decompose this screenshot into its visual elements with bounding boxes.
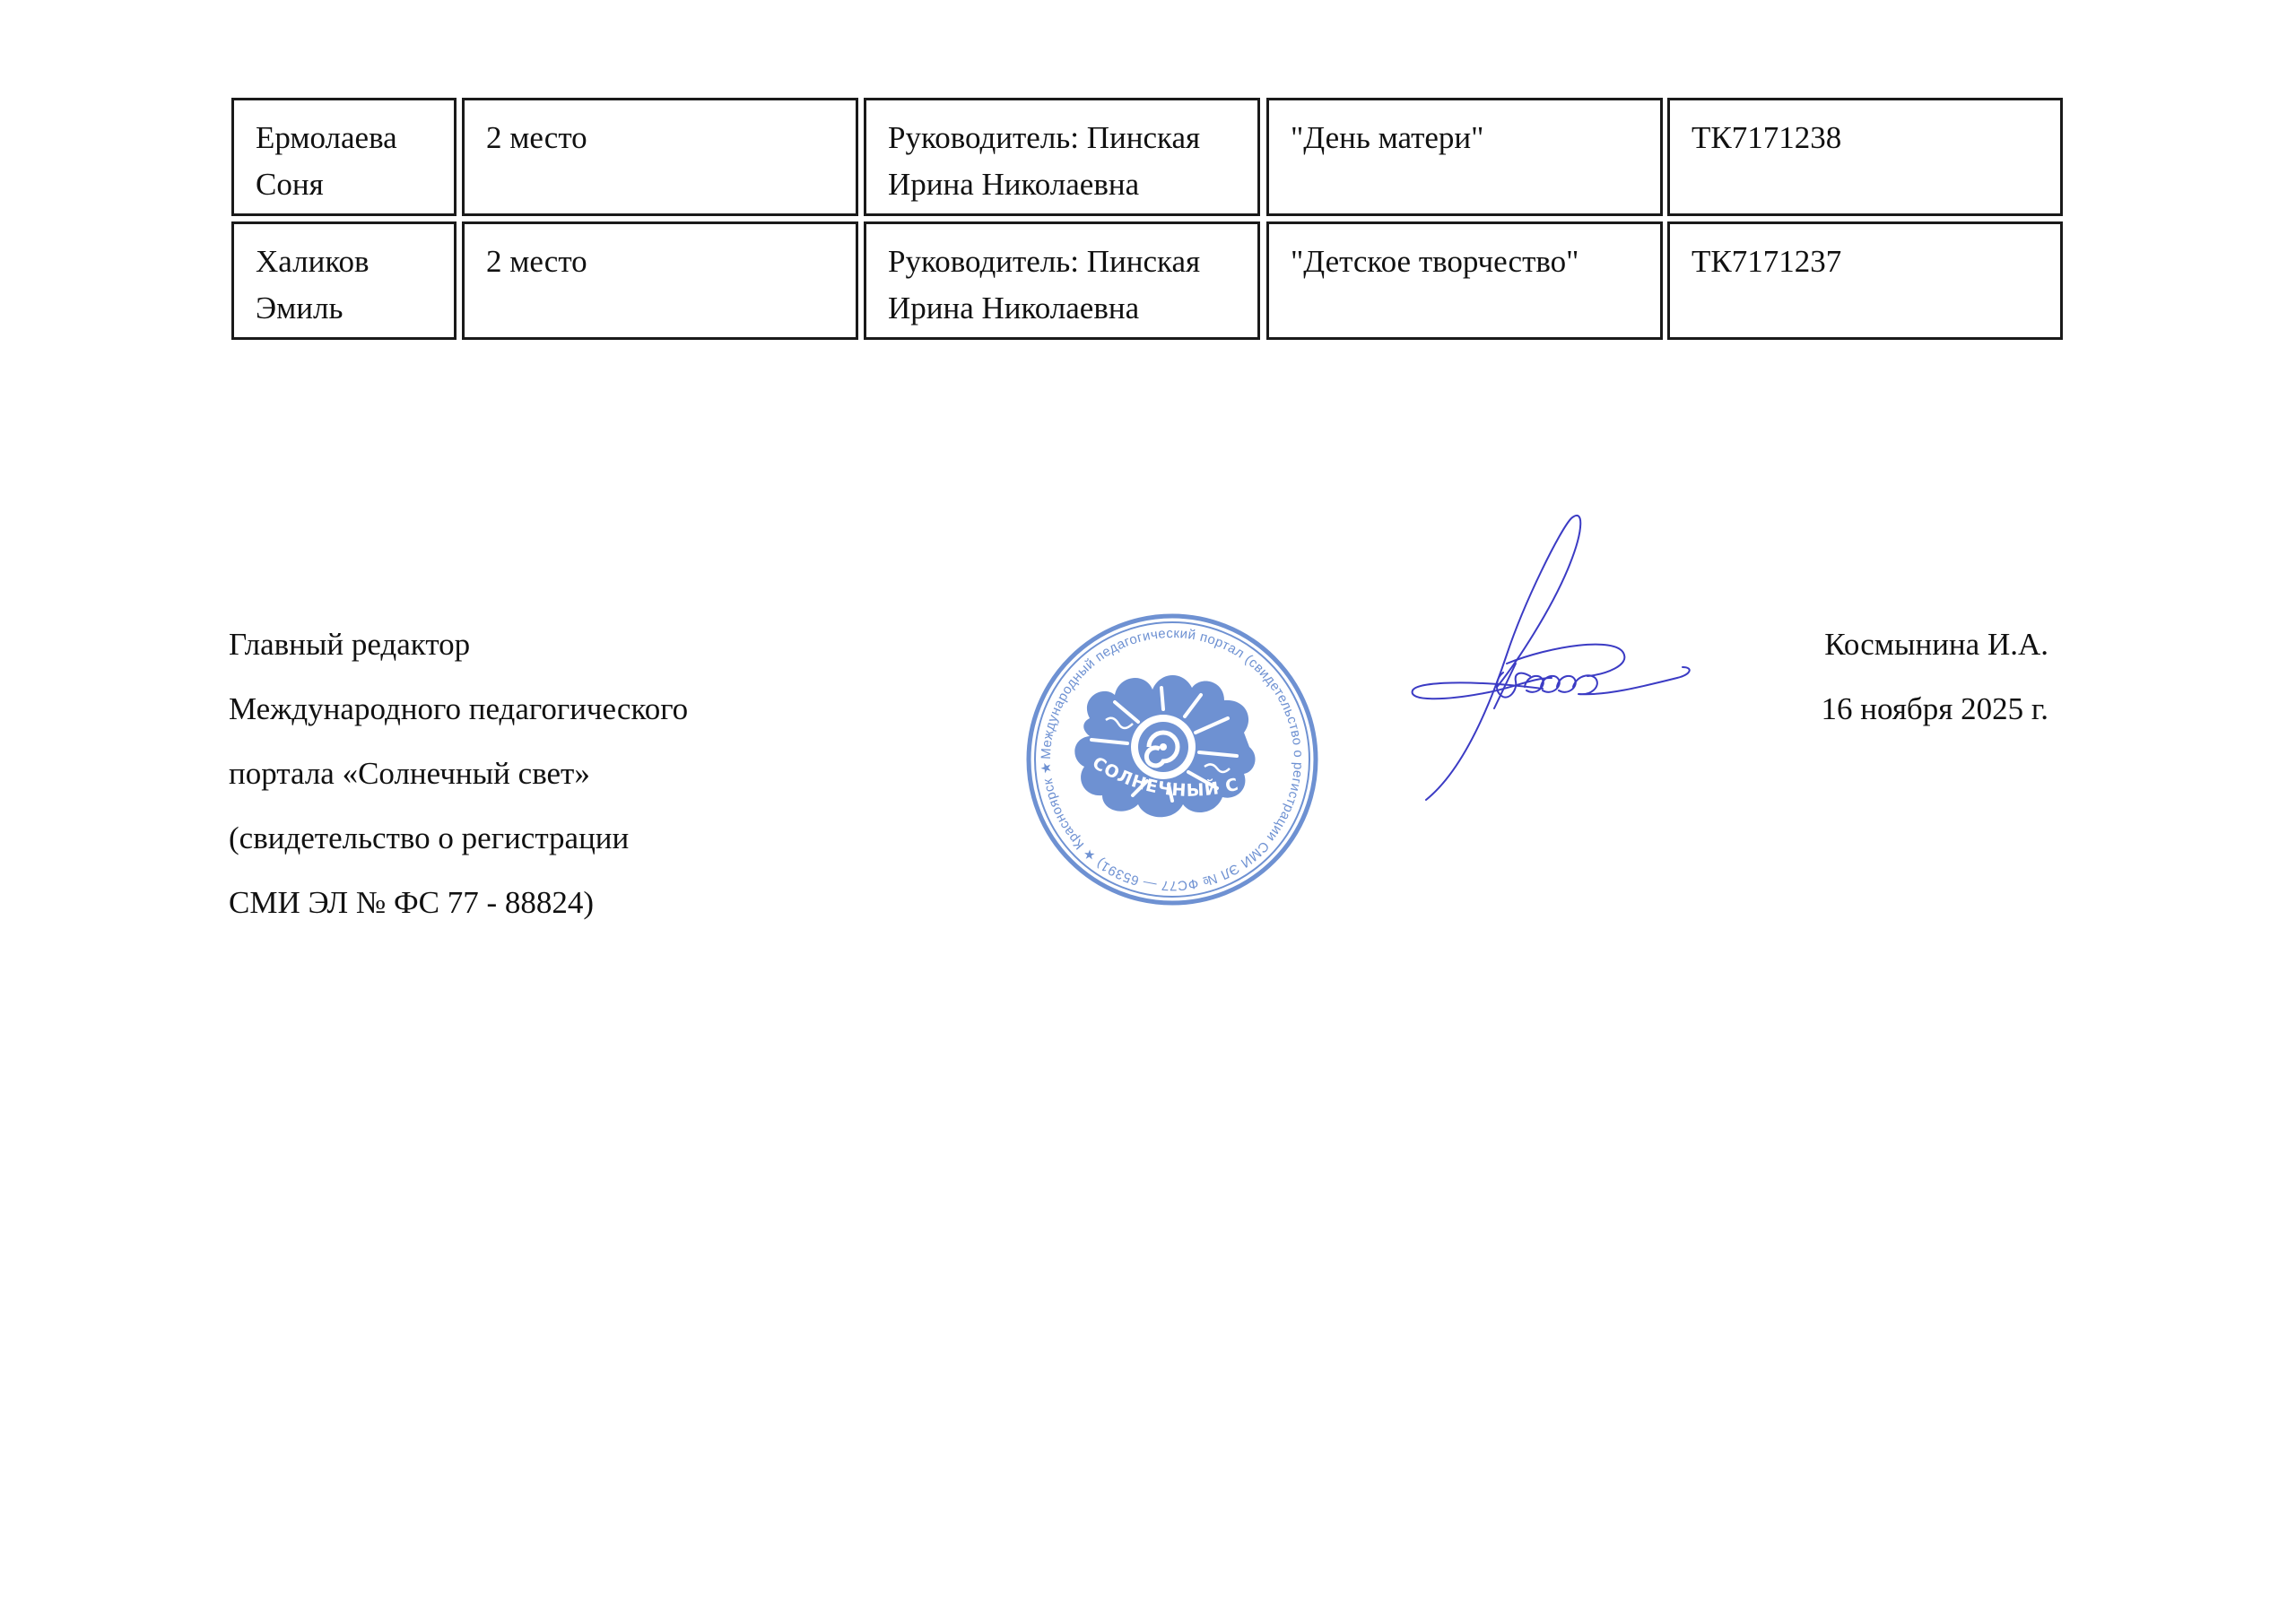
editor-credentials: Главный редактор Международного педагоги… [229,612,688,935]
work-title-cell: "Детское творчество" [1266,221,1663,340]
editor-title-line: СМИ ЭЛ № ФС 77 - 88824) [229,871,688,935]
diploma-code-cell: ТК7171238 [1667,98,2063,216]
editor-title-line: (свидетельство о регистрации [229,806,688,871]
work-title-cell: "День матери" [1266,98,1663,216]
place-cell: 2 место [462,98,858,216]
editor-title-line: Международного педагогического [229,677,688,742]
signer-name: Космынина И.А. [1822,612,2048,677]
results-table: Ермолаева Соня 2 место Руководитель: Пин… [231,98,2063,340]
editor-title-line: Главный редактор [229,612,688,677]
table-row: Ермолаева Соня 2 место Руководитель: Пин… [231,98,2063,216]
official-stamp-icon: Международный педагогический портал (сви… [1025,612,1319,907]
participant-name-cell: Ермолаева Соня [231,98,457,216]
signer-info: Космынина И.А. 16 ноября 2025 г. [1822,612,2048,742]
handwritten-signature-icon [1408,511,1713,803]
table-row: Халиков Эмиль 2 место Руководитель: Пинс… [231,221,2063,340]
editor-title-line: портала «Солнечный свет» [229,742,688,806]
participant-name-cell: Халиков Эмиль [231,221,457,340]
diploma-code-cell: ТК7171237 [1667,221,2063,340]
place-cell: 2 место [462,221,858,340]
signature-date: 16 ноября 2025 г. [1822,677,2048,742]
supervisor-cell: Руководитель: Пинская Ирина Николаевна [864,221,1260,340]
supervisor-cell: Руководитель: Пинская Ирина Николаевна [864,98,1260,216]
